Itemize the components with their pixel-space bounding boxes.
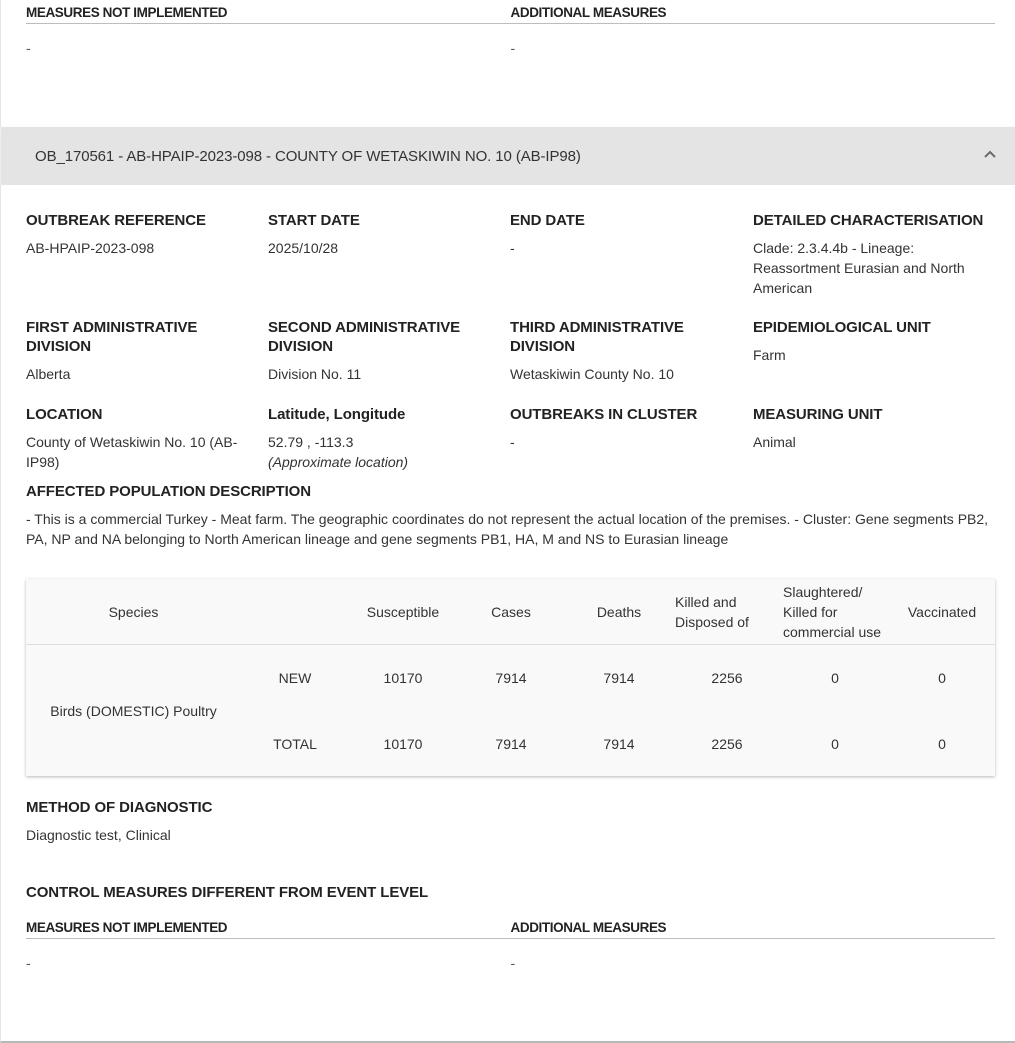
row-type: NEW <box>241 645 349 711</box>
measuring-unit-label: MEASURING UNIT <box>753 405 1003 424</box>
outbreak-reference-label: OUTBREAK REFERENCE <box>26 211 266 230</box>
cases-cell: 7914 <box>457 711 565 777</box>
outbreak-reference-value: AB-HPAIP-2023-098 <box>26 238 266 258</box>
vaccinated-cell: 0 <box>889 711 995 777</box>
species-cell: Birds (DOMESTIC) Poultry <box>26 645 241 777</box>
col-cases: Cases <box>457 579 565 645</box>
location-label: LOCATION <box>26 405 258 424</box>
lat-long-label: Latitude, Longitude <box>268 405 508 424</box>
field-lat-long: Latitude, Longitude 52.79 , -113.3 (Appr… <box>268 405 508 472</box>
table-header-row: Species Susceptible Cases Deaths Killed … <box>26 579 995 645</box>
method-of-diagnostic-label: METHOD OF DIAGNOSTIC <box>26 798 526 817</box>
measuring-unit-value: Animal <box>753 432 1003 452</box>
species-table: Species Susceptible Cases Deaths Killed … <box>26 579 995 777</box>
start-date-value: 2025/10/28 <box>268 238 508 258</box>
detailed-characterisation-label: DETAILED CHARACTERISATION <box>753 211 1003 230</box>
field-second-admin-division: SECOND ADMINISTRATIVE DIVISION Division … <box>268 318 508 384</box>
end-date-value: - <box>510 238 750 258</box>
field-epidemiological-unit: EPIDEMIOLOGICAL UNIT Farm <box>753 318 1003 365</box>
row-type: TOTAL <box>241 711 349 777</box>
affected-population-value: - This is a commercial Turkey - Meat far… <box>26 509 1001 549</box>
end-date-label: END DATE <box>510 211 750 230</box>
affected-population-section: AFFECTED POPULATION DESCRIPTION - This i… <box>26 482 1001 549</box>
deaths-cell: 7914 <box>565 645 673 711</box>
col-species: Species <box>26 579 241 645</box>
outbreaks-in-cluster-value: - <box>510 432 750 452</box>
outbreak-title: OB_170561 - AB-HPAIP-2023-098 - COUNTY O… <box>35 148 581 165</box>
measures-not-implemented-value: - <box>26 939 511 979</box>
killed-disposed-cell: 2256 <box>673 711 781 777</box>
detailed-characterisation-value: Clade: 2.3.4.4b - Lineage: Reassortment … <box>753 238 1003 298</box>
additional-measures-label: ADDITIONAL MEASURES <box>511 0 996 23</box>
field-third-admin-division: THIRD ADMINISTRATIVE DIVISION Wetaskiwin… <box>510 318 750 384</box>
location-value: County of Wetaskiwin No. 10 (AB-IP98) <box>26 432 258 472</box>
slaughtered-cell: 0 <box>781 645 889 711</box>
outbreak-details-panel: OUTBREAK REFERENCE AB-HPAIP-2023-098 STA… <box>0 185 1015 1043</box>
second-admin-division-value: Division No. 11 <box>268 364 508 384</box>
previous-outbreak-panel: MEASURES NOT IMPLEMENTED ADDITIONAL MEAS… <box>0 0 1015 127</box>
vaccinated-cell: 0 <box>889 645 995 711</box>
measures-header-row: MEASURES NOT IMPLEMENTED ADDITIONAL MEAS… <box>26 915 995 939</box>
third-admin-division-value: Wetaskiwin County No. 10 <box>510 364 750 384</box>
second-admin-division-label: SECOND ADMINISTRATIVE DIVISION <box>268 318 508 356</box>
lat-long-note: (Approximate location) <box>268 452 508 472</box>
field-first-admin-division: FIRST ADMINISTRATIVE DIVISION Alberta <box>26 318 266 384</box>
epidemiological-unit-value: Farm <box>753 345 1003 365</box>
measures-not-implemented-label: MEASURES NOT IMPLEMENTED <box>26 915 511 938</box>
start-date-label: START DATE <box>268 211 508 230</box>
epidemiological-unit-label: EPIDEMIOLOGICAL UNIT <box>753 318 1003 337</box>
control-measures-title: CONTROL MEASURES DIFFERENT FROM EVENT LE… <box>26 884 626 901</box>
control-measures-section: CONTROL MEASURES DIFFERENT FROM EVENT LE… <box>26 884 626 901</box>
first-admin-division-label: FIRST ADMINISTRATIVE DIVISION <box>26 318 266 356</box>
additional-measures-value: - <box>511 24 996 64</box>
outbreaks-in-cluster-label: OUTBREAKS IN CLUSTER <box>510 405 750 424</box>
third-admin-division-label: THIRD ADMINISTRATIVE DIVISION <box>510 318 750 356</box>
measures-not-implemented-value: - <box>26 24 511 64</box>
measures-value-row: - - <box>26 939 995 979</box>
outbreak-accordion-header[interactable]: OB_170561 - AB-HPAIP-2023-098 - COUNTY O… <box>1 127 1015 185</box>
col-vaccinated: Vaccinated <box>889 579 995 645</box>
method-of-diagnostic-value: Diagnostic test, Clinical <box>26 825 526 845</box>
cases-cell: 7914 <box>457 645 565 711</box>
field-location: LOCATION County of Wetaskiwin No. 10 (AB… <box>26 405 258 472</box>
method-of-diagnostic-section: METHOD OF DIAGNOSTIC Diagnostic test, Cl… <box>26 798 526 845</box>
first-admin-division-value: Alberta <box>26 364 266 384</box>
additional-measures-value: - <box>511 939 996 979</box>
slaughtered-cell: 0 <box>781 711 889 777</box>
field-outbreaks-in-cluster: OUTBREAKS IN CLUSTER - <box>510 405 750 452</box>
measures-not-implemented-label: MEASURES NOT IMPLEMENTED <box>26 0 511 23</box>
col-slaughtered: Slaughtered/ Killed for commercial use <box>781 579 889 645</box>
deaths-cell: 7914 <box>565 711 673 777</box>
field-detailed-characterisation: DETAILED CHARACTERISATION Clade: 2.3.4.4… <box>753 211 1003 298</box>
previous-control-measures: MEASURES NOT IMPLEMENTED ADDITIONAL MEAS… <box>26 0 995 64</box>
field-end-date: END DATE - <box>510 211 750 258</box>
additional-measures-label: ADDITIONAL MEASURES <box>511 915 996 938</box>
col-killed-disposed: Killed and Disposed of <box>673 579 781 645</box>
col-deaths: Deaths <box>565 579 673 645</box>
field-measuring-unit: MEASURING UNIT Animal <box>753 405 1003 452</box>
measures-header-row: MEASURES NOT IMPLEMENTED ADDITIONAL MEAS… <box>26 0 995 24</box>
col-susceptible: Susceptible <box>349 579 457 645</box>
susceptible-cell: 10170 <box>349 645 457 711</box>
lat-long-value: 52.79 , -113.3 <box>268 432 508 452</box>
field-outbreak-reference: OUTBREAK REFERENCE AB-HPAIP-2023-098 <box>26 211 266 258</box>
species-table-card: Species Susceptible Cases Deaths Killed … <box>26 579 995 776</box>
table-row: Birds (DOMESTIC) Poultry NEW 10170 7914 … <box>26 645 995 711</box>
col-type <box>241 579 349 645</box>
susceptible-cell: 10170 <box>349 711 457 777</box>
affected-population-label: AFFECTED POPULATION DESCRIPTION <box>26 482 1001 501</box>
measures-value-row: - - <box>26 24 995 64</box>
killed-disposed-cell: 2256 <box>673 645 781 711</box>
chevron-up-icon[interactable] <box>983 147 997 161</box>
control-measures-grid: MEASURES NOT IMPLEMENTED ADDITIONAL MEAS… <box>26 915 995 979</box>
field-start-date: START DATE 2025/10/28 <box>268 211 508 258</box>
